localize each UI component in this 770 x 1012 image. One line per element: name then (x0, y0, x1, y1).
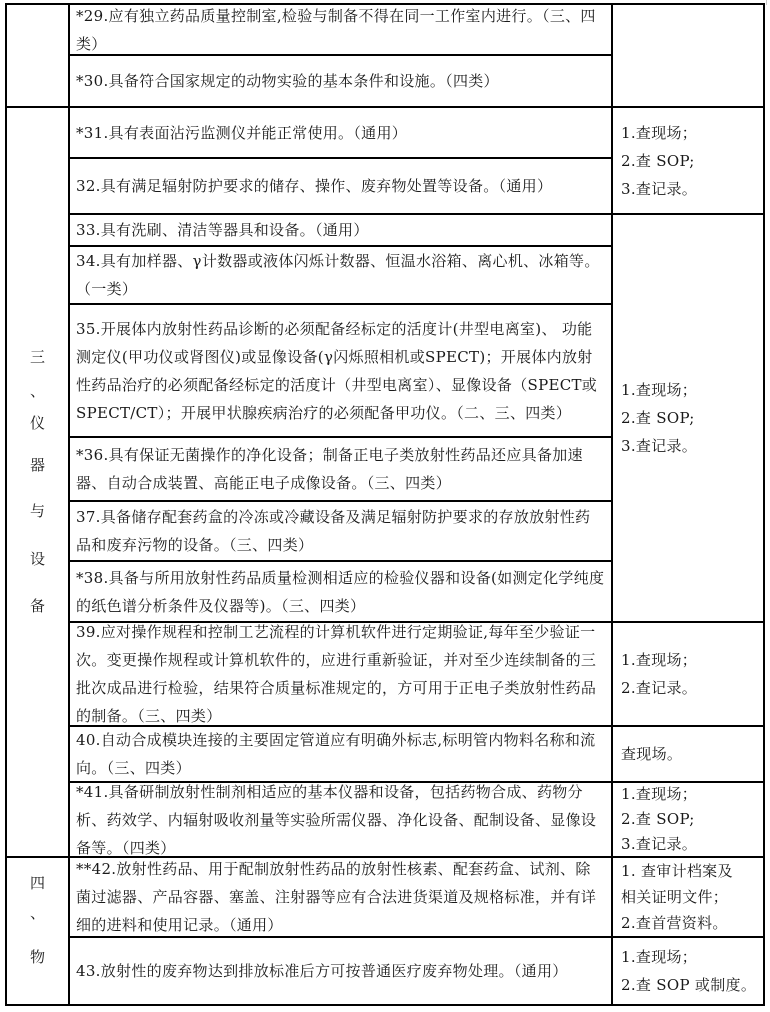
requirement-row-40: 40.自动合成模块连接的主要固定管道应有明确外标志,标明管内物料名称和流向。（三… (70, 727, 611, 781)
method-row-39: 1.查现场； 2.查记录。 (613, 623, 764, 725)
category-instruments-equipment: 三 、 仪 器 与 设 备 (7, 108, 68, 856)
requirement-row-31: *31.具有表面沾污监测仪并能正常使用。（通用） (70, 108, 611, 157)
category-materials: 四 、 物 (7, 858, 68, 1004)
method-row-43: 1.查现场； 2.查 SOP 或制度。 (613, 938, 764, 1004)
requirement-row-36: *36.具有保证无菌操作的净化设备；制备正电子类放射性药品还应具备加速器、自动合… (70, 438, 611, 500)
category-char: 器 (7, 454, 68, 475)
category-char: 与 (7, 500, 68, 521)
method-rows-31-32: 1.查现场； 2.查 SOP; 3.查记录。 (613, 108, 764, 213)
method-row-40: 查现场。 (613, 727, 764, 781)
page-edge-mark (766, 0, 767, 5)
category-char: 、 (7, 902, 68, 923)
requirement-row-35: 35.开展体内放射性药品诊断的必须配备经标定的活度计(井型电离室)、 功能测定仪… (70, 305, 611, 436)
category-char: 、 (7, 380, 68, 401)
requirement-row-39: 39.应对操作规程和控制工艺流程的计算机软件进行定期验证,每年至少验证一次。变更… (70, 623, 611, 725)
category-char: 设 (7, 548, 68, 569)
requirement-row-38: *38.具备与所用放射性药品质量检测相适应的检验仪器和设备(如测定化学纯度的纸色… (70, 562, 611, 621)
table-bottom-border (5, 1004, 765, 1006)
requirement-row-37: 37.具备储存配套药盒的冷冻或冷藏设备及满足辐射防护要求的存放放射性药品和废弃污… (70, 502, 611, 560)
category-char: 三 (7, 346, 68, 367)
category-char: 物 (7, 946, 68, 967)
requirement-row-43: 43.放射性的废弃物达到排放标准后方可按普通医疗废弃物处理。（通用） (70, 938, 611, 1004)
requirement-row-33: 33.具有洗刷、清洁等器具和设备。（通用） (70, 215, 611, 245)
method-row-42: 1. 查审计档案及 相关证明文件； 2.查首营资料。 (613, 858, 764, 936)
inspection-standards-table: 三 、 仪 器 与 设 备 四 、 物 *29.应有独立药品质量控制室,检验与制… (0, 0, 770, 1012)
requirement-row-32: 32.具有满足辐射防护要求的储存、操作、废弃物处置等设备。（通用） (70, 159, 611, 213)
requirement-row-42: **42.放射性药品、用于配制放射性药品的放射性核素、配套药盒、试剂、除菌过滤器… (70, 858, 611, 936)
requirement-row-34: 34.具有加样器、γ计数器或液体闪烁计数器、恒温水浴箱、离心机、冰箱等。（一类） (70, 247, 611, 303)
method-row-41: 1.查现场； 2.查 SOP; 3.查记录。 (613, 783, 764, 856)
method-rows-33-38: 1.查现场； 2.查 SOP; 3.查记录。 (613, 215, 764, 621)
category-char: 备 (7, 595, 68, 616)
requirement-row-30: *30.具备符合国家规定的动物实验的基本条件和设施。（四类） (70, 56, 611, 106)
category-char: 仪 (7, 412, 68, 433)
requirement-row-41: *41.具备研制放射性制剂相适应的基本仪器和设备，包括药物合成、药物分析、药效学… (70, 783, 611, 856)
category-char: 四 (7, 872, 68, 893)
requirement-row-29: *29.应有独立药品质量控制室,检验与制备不得在同一工作室内进行。（三、四类） (70, 5, 611, 55)
